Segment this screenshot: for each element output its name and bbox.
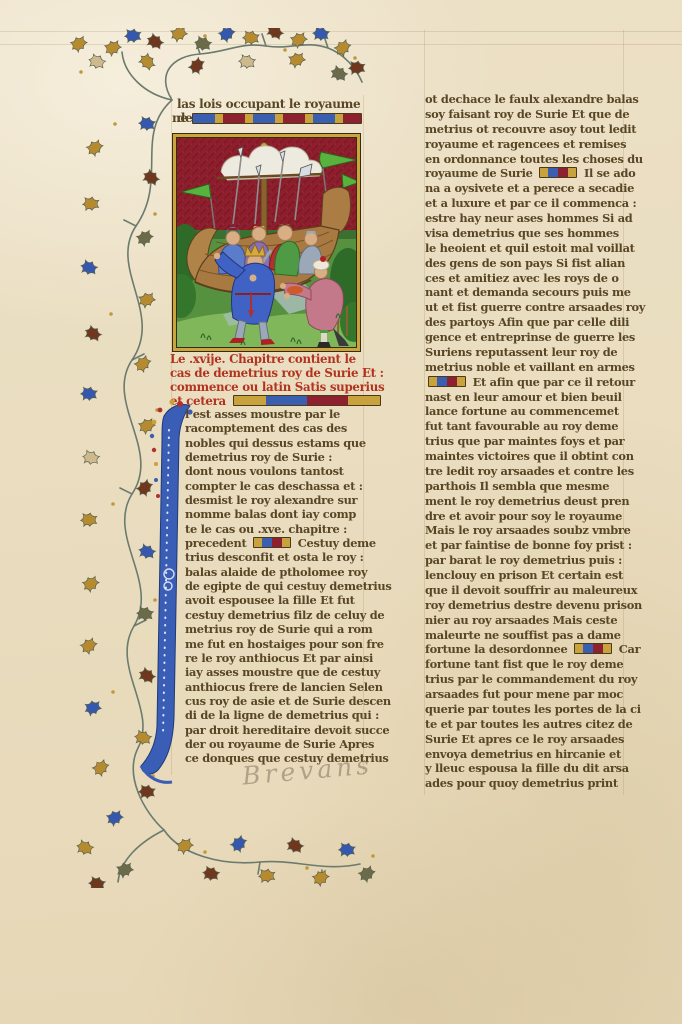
manuscript-page: las lois occupant le royaume de Su ne bbox=[0, 0, 682, 1024]
header-filler-bar-ornament bbox=[192, 113, 362, 124]
right-text-column: ot dechace le faulx alexandre balassoy f… bbox=[425, 92, 628, 791]
left-text-column: l est asses moustre par leracomptement d… bbox=[185, 407, 385, 766]
line-filler-ornament bbox=[233, 395, 381, 406]
line-filler-ornament bbox=[574, 643, 612, 654]
running-header-line2: ne bbox=[172, 111, 362, 125]
line-filler-ornament bbox=[253, 537, 291, 548]
line-filler-ornament bbox=[428, 376, 466, 387]
ship-miniature-painting bbox=[171, 132, 362, 353]
running-header-catchword: ne bbox=[172, 111, 188, 125]
line-filler-ornament bbox=[539, 167, 577, 178]
chapter-rubric: Le .xvije. Chapitre contient lecas de de… bbox=[170, 352, 382, 408]
